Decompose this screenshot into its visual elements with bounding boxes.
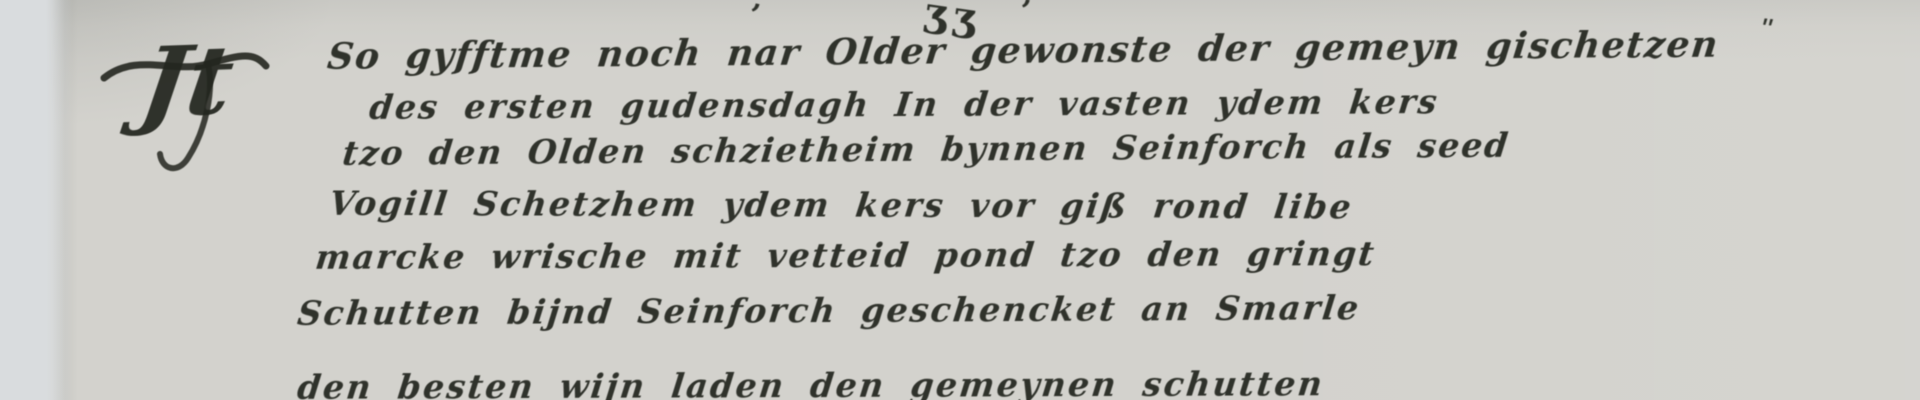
manuscript-line-1: So gyfftme noch nar Older gewonste der g…: [325, 24, 1721, 78]
right-margin-tick: ʺ: [1759, 16, 1777, 47]
top-flourish-apostrophe-left: ʼ: [745, 0, 764, 35]
manuscript-photo: Jt So gyfftme noch nar Older gewonste de…: [0, 0, 1920, 400]
page-edge-crease: [52, 0, 78, 400]
manuscript-line-5: marcke wrische mit vetteid pond tzo den …: [313, 234, 1378, 277]
initial-mark: Jt: [134, 23, 240, 139]
manuscript-line-4: Vogill Schetzhem ydem kers vor giß rond …: [327, 184, 1355, 227]
manuscript-line-6: Schutten bijnd Seinforch geschencket an …: [295, 288, 1362, 333]
manuscript-line-2: des ersten gudensdagh In der vasten ydem…: [367, 82, 1441, 127]
manuscript-line-3: tzo den Olden schzietheim bynnen Seinfor…: [340, 126, 1511, 173]
top-flourish-apostrophe-right: ʼ: [1016, 0, 1034, 31]
manuscript-line-7-cropped: den besten wijn laden den gemeynen schut…: [295, 364, 1326, 400]
